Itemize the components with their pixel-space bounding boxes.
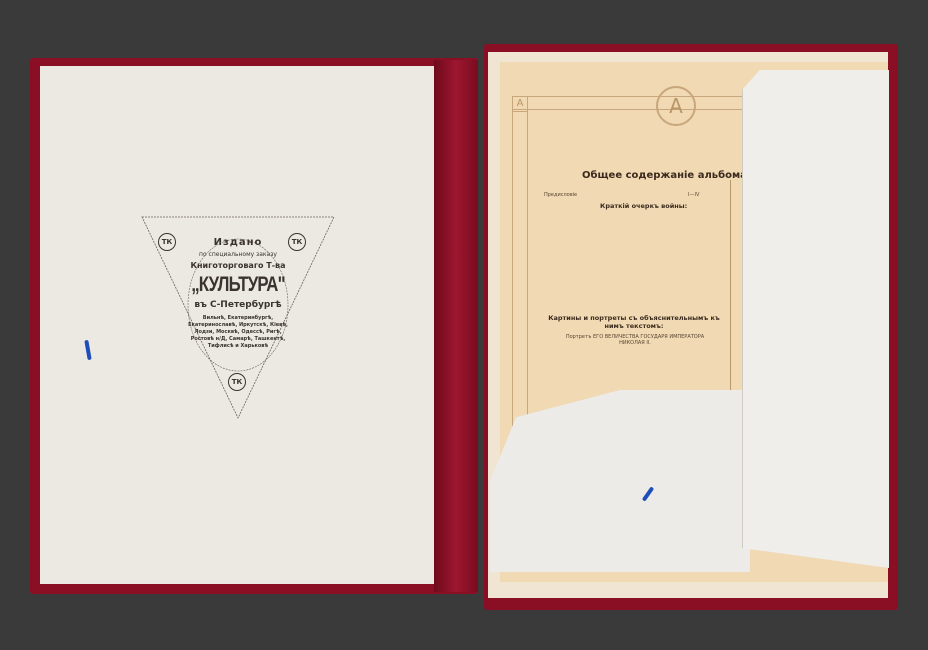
emblem-line2: по специальному заказу bbox=[140, 251, 336, 258]
publisher-emblem: ТК ТК ТК Издано по специальному заказу К… bbox=[140, 215, 336, 420]
column-divider bbox=[730, 180, 731, 390]
toc-preface-pages: I—IV bbox=[688, 192, 699, 198]
publisher-branches: Вильнѣ, Екатеринбургѣ, Екатеринославѣ, И… bbox=[188, 315, 288, 350]
paper-pocket-flap bbox=[490, 390, 750, 572]
toc-section-heading: Картины и портреты съ объяснительнымъ къ… bbox=[544, 314, 724, 330]
book-spine bbox=[434, 60, 478, 592]
monogram-icon: ТК bbox=[228, 373, 246, 391]
emblem-line1: Издано bbox=[140, 237, 336, 248]
publisher-name: „КУЛЬТУРА" bbox=[160, 273, 317, 297]
toc-preface: Предисловіе bbox=[544, 192, 577, 198]
paper-pocket-flap bbox=[742, 70, 889, 568]
emblem-line3: Книготорговаго Т-ва bbox=[140, 261, 336, 270]
toc-portrait-caption: Портретъ ЕГО ВЕЛИЧЕСТВА ГОСУДАРЯ ИМПЕРАТ… bbox=[560, 334, 710, 346]
corner-letter: A bbox=[512, 96, 528, 112]
toc-section-heading: Краткій очеркъ войны: bbox=[600, 202, 687, 210]
laurel-medallion: A bbox=[656, 86, 696, 126]
publisher-city: въ С-Петербургѣ bbox=[140, 300, 336, 310]
